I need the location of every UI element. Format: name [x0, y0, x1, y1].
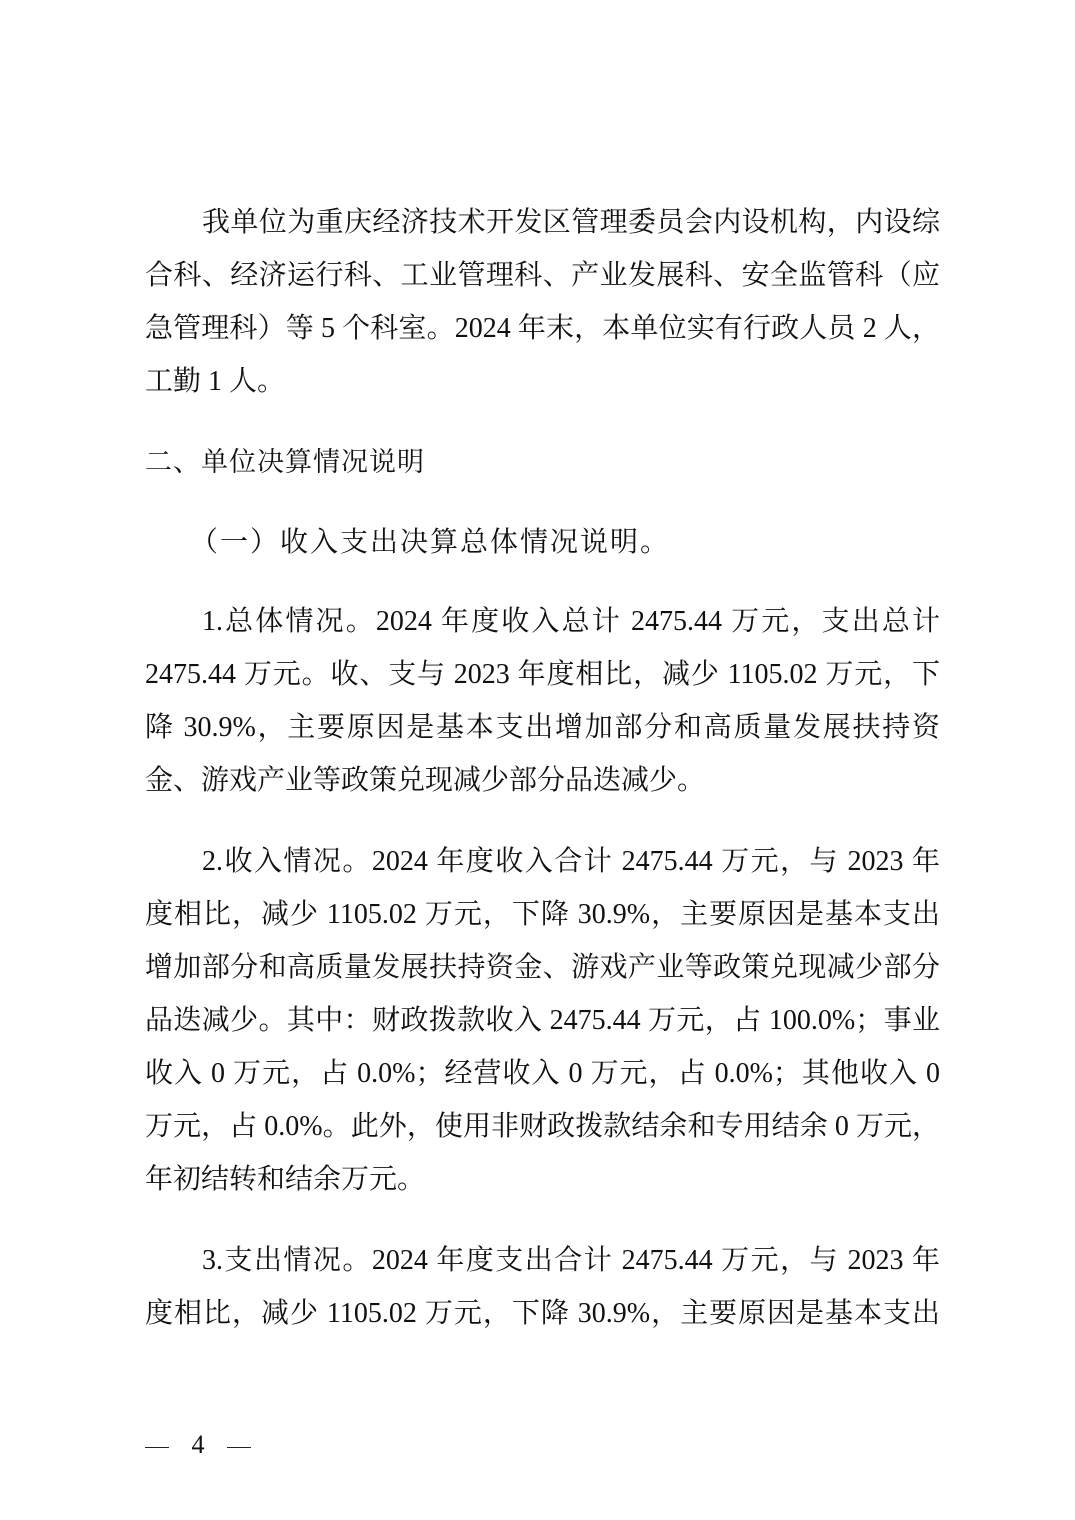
overall-line-3: 降 30.9%，主要原因是基本支出增加部分和高质量发展扶持资	[145, 708, 940, 748]
income-line-6: 万元，占 0.0%。此外，使用非财政拨款结余和专用结余 0 万元，	[145, 1107, 940, 1147]
intro-line-1: 我单位为重庆经济技术开发区管理委员会内设机构，内设综	[202, 203, 940, 243]
section-heading: 二、单位决算情况说明	[145, 443, 425, 483]
document-page: 我单位为重庆经济技术开发区管理委员会内设机构，内设综 合科、经济运行科、工业管理…	[0, 0, 1075, 1520]
income-line-7: 年初结转和结余万元。	[145, 1160, 940, 1200]
dash-right-icon	[227, 1447, 251, 1448]
overall-line-2: 2475.44 万元。收、支与 2023 年度相比，减少 1105.02 万元，…	[145, 655, 940, 695]
page-footer: 4	[145, 1430, 251, 1460]
intro-line-3: 急管理科）等 5 个科室。2024 年末，本单位实有行政人员 2 人，	[145, 309, 940, 349]
expenditure-line-2: 度相比，减少 1105.02 万元，下降 30.9%，主要原因是基本支出	[145, 1294, 940, 1334]
subsection-heading: （一）收入支出决算总体情况说明。	[190, 523, 670, 563]
expenditure-line-1: 3.支出情况。2024 年度支出合计 2475.44 万元，与 2023 年	[202, 1241, 940, 1281]
income-line-1: 2.收入情况。2024 年度收入合计 2475.44 万元，与 2023 年	[202, 842, 940, 882]
page-number: 4	[192, 1430, 205, 1460]
intro-line-2: 合科、经济运行科、工业管理科、产业发展科、安全监管科（应	[145, 256, 940, 296]
dash-left-icon	[145, 1447, 169, 1448]
overall-line-1: 1.总体情况。2024 年度收入总计 2475.44 万元，支出总计	[202, 602, 940, 642]
income-line-5: 收入 0 万元，占 0.0%；经营收入 0 万元，占 0.0%；其他收入 0	[145, 1054, 940, 1094]
intro-line-4: 工勤 1 人。	[145, 362, 940, 402]
income-line-2: 度相比，减少 1105.02 万元，下降 30.9%，主要原因是基本支出	[145, 895, 940, 935]
overall-line-4: 金、游戏产业等政策兑现减少部分品迭减少。	[145, 761, 940, 801]
income-line-3: 增加部分和高质量发展扶持资金、游戏产业等政策兑现减少部分	[145, 948, 940, 988]
income-line-4: 品迭减少。其中：财政拨款收入 2475.44 万元，占 100.0%；事业	[145, 1001, 940, 1041]
